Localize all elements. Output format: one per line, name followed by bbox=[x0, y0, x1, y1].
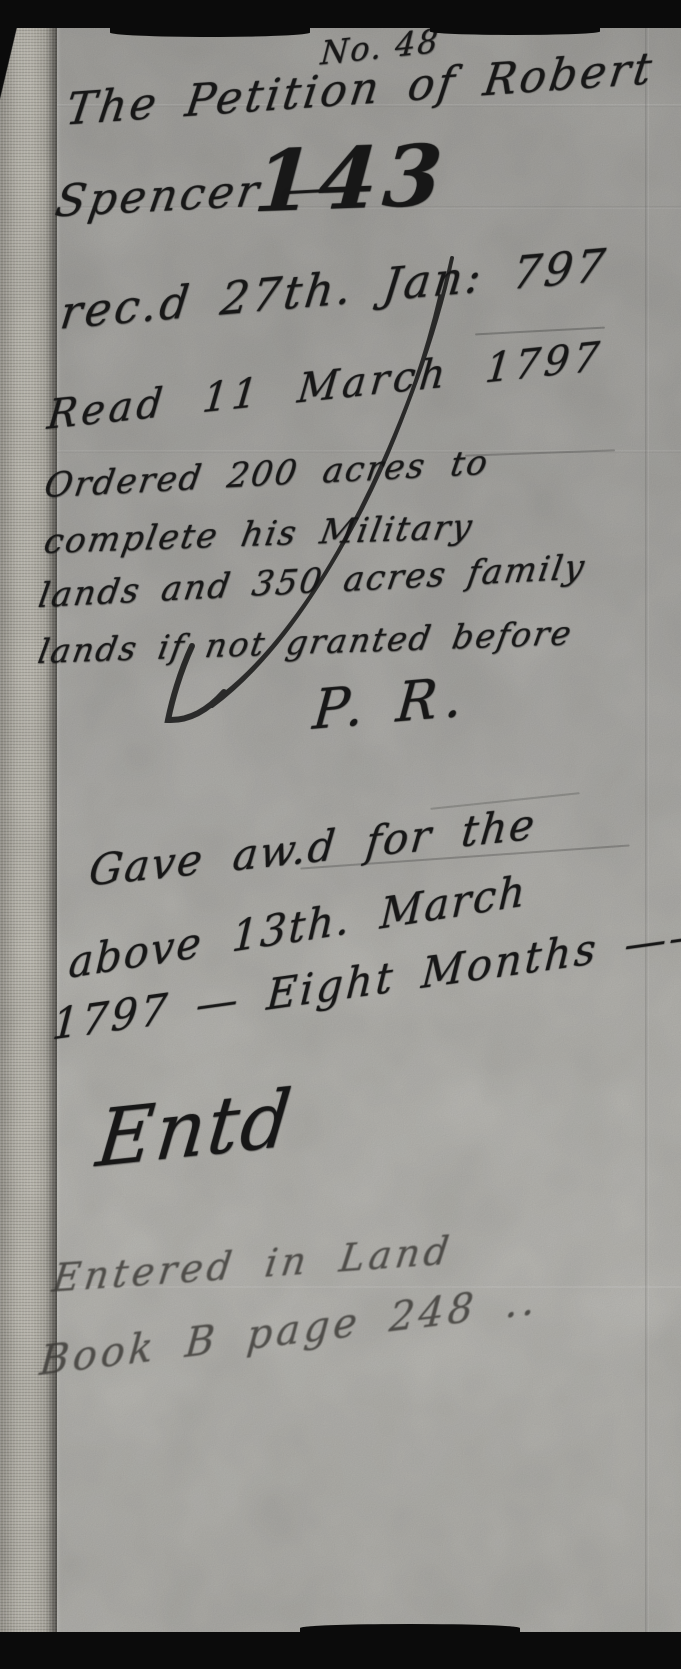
binding-cloth-strip bbox=[0, 0, 57, 1669]
fold-crease-vertical bbox=[645, 28, 649, 1632]
page-number: 143 bbox=[251, 125, 451, 231]
scan-border-corner-wedge bbox=[0, 0, 26, 110]
scan-border-bottom bbox=[0, 1632, 681, 1669]
scanned-document-page: No. 48 The Petition of Robert Spencer ——… bbox=[0, 0, 681, 1669]
scan-border-top bbox=[0, 0, 681, 28]
